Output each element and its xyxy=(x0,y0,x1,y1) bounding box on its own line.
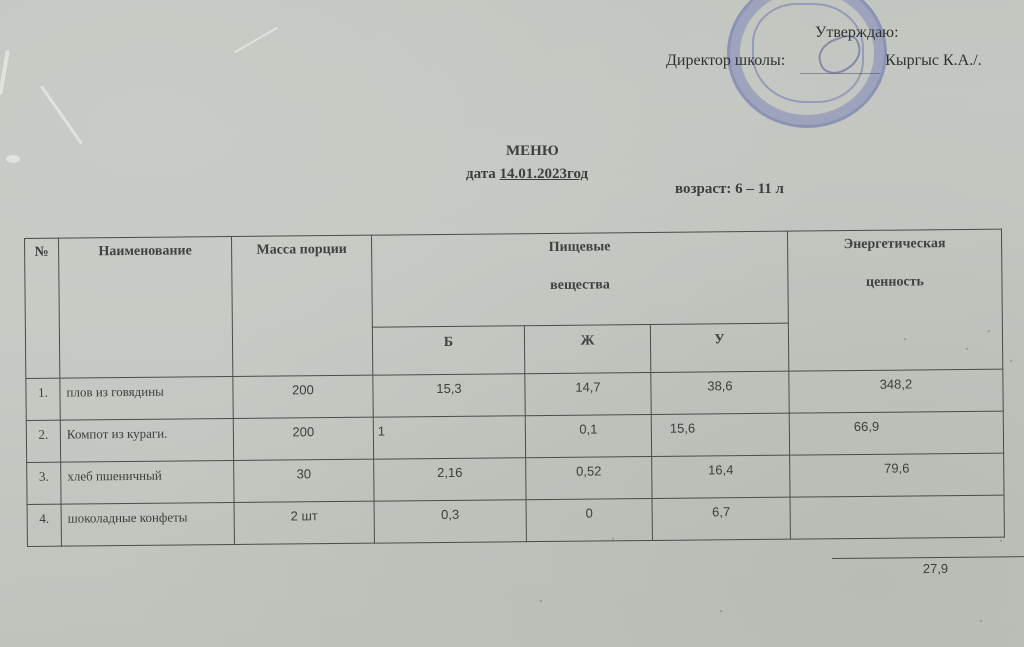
cell-protein: 1 xyxy=(373,416,525,459)
cell-name: плов из говядины xyxy=(60,377,233,421)
date-prefix: дата xyxy=(466,166,496,182)
cell-energy: 348,2 xyxy=(789,369,1003,413)
cell-energy-empty xyxy=(790,495,1004,539)
director-name: Кыргыс К.А./. xyxy=(885,52,982,69)
director-line: Директор школы: Кыргыс К.А./. xyxy=(666,52,982,70)
table-header-row: № Наименование Масса порции Пищевые веще… xyxy=(25,229,1003,330)
cell-name: Компот из кураги. xyxy=(60,418,233,462)
cell-mass: 200 xyxy=(233,375,373,418)
col-protein: Б xyxy=(372,326,524,375)
cell-fat: 0 xyxy=(526,498,652,541)
cell-name: шоколадные конфеты xyxy=(61,502,234,546)
cell-carbs: 38,6 xyxy=(651,371,789,414)
cell-protein: 15,3 xyxy=(373,374,525,417)
col-nutrients: Пищевые вещества xyxy=(371,231,788,327)
age-range: возраст: 6 – 11 л xyxy=(675,181,784,198)
table-row: 4. шоколадные конфеты 2 шт 0,3 0 6,7 xyxy=(27,495,1004,546)
glare-spot xyxy=(6,155,20,163)
cell-energy: 79,6 xyxy=(790,453,1004,497)
cell-number: 2. xyxy=(26,420,60,462)
glare-streak xyxy=(0,50,10,95)
date-value: 14.01.2023год xyxy=(500,166,589,182)
cell-fat: 14,7 xyxy=(525,372,651,415)
cell-energy: 66,9 xyxy=(789,411,1003,455)
cell-number: 3. xyxy=(27,462,61,504)
cell-fat: 0,1 xyxy=(525,414,651,457)
cell-mass: 30 xyxy=(234,459,374,502)
cell-mass: 200 xyxy=(233,417,373,460)
cell-protein: 0,3 xyxy=(374,500,526,543)
nutrients-line1: Пищевые xyxy=(549,239,611,255)
col-energy: Энергетическая ценность xyxy=(787,229,1002,371)
menu-table: № Наименование Масса порции Пищевые веще… xyxy=(24,229,1005,547)
cell-fat: 0,52 xyxy=(526,456,652,499)
director-label: Директор школы: xyxy=(666,52,785,69)
cell-number: 4. xyxy=(27,504,61,546)
glare-streak xyxy=(40,85,83,144)
col-fat: Ж xyxy=(524,324,650,373)
menu-date: дата 14.01.2023год xyxy=(466,166,588,183)
approve-label: Утверждаю: xyxy=(815,24,899,42)
cell-protein: 2,16 xyxy=(374,458,526,501)
page-title: МЕНЮ xyxy=(506,143,559,160)
cell-energy-row4: 27,9 xyxy=(832,556,1024,586)
col-mass: Масса порции xyxy=(231,235,372,376)
cell-carbs: 6,7 xyxy=(652,497,790,540)
energy-line2: ценность xyxy=(788,274,1001,292)
energy-line1: Энергетическая xyxy=(844,236,946,252)
glare-streak xyxy=(234,27,278,54)
col-carbs: У xyxy=(650,323,788,372)
col-number: № xyxy=(25,238,60,378)
cell-mass: 2 шт xyxy=(234,501,374,544)
cell-name: хлеб пшеничный xyxy=(61,460,234,504)
nutrients-line2: вещества xyxy=(372,276,787,296)
col-name: Наименование xyxy=(59,237,233,379)
cell-carbs: 15,6 xyxy=(651,413,789,456)
cell-carbs: 16,4 xyxy=(652,455,790,498)
cell-number: 1. xyxy=(26,378,60,420)
